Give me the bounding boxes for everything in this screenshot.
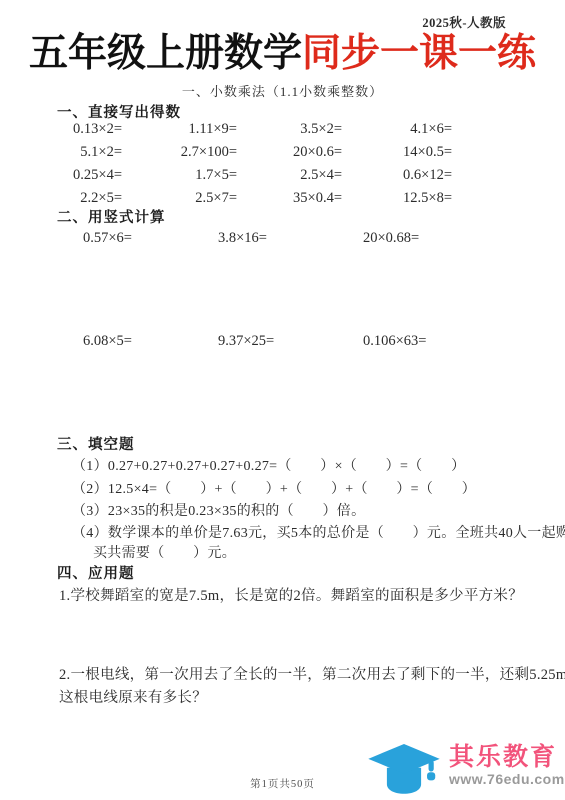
section2-heading: 二、用竖式计算 (57, 206, 166, 227)
math-problem: 12.5×8= (342, 187, 452, 210)
worksheet-page: 2025秋-人教版 五年级上册数学同步一课一练 一、小数乘法（1.1小数乘整数）… (0, 0, 565, 800)
word-problem-2: 2.一根电线，第一次用去了全长的一半，第二次用去了剩下的一半，还剩5.25m。 (59, 663, 565, 684)
title-black-part: 五年级上册数学 (29, 32, 302, 75)
math-problem: 20×0.68= (363, 229, 543, 247)
math-problem: 0.13×2= (0, 118, 122, 141)
math-problem: 0.25×4= (0, 164, 122, 187)
column-calculation-row-1: 0.57×6= 3.8×16= 20×0.68= (83, 229, 543, 247)
math-problem: 0.57×6= (83, 229, 218, 247)
math-problem: 0.6×12= (342, 164, 452, 187)
math-problem: 4.1×6= (342, 118, 452, 141)
fill-blank-item: （2）12.5×4=（ ）+（ ）+（ ）+（ ）=（ ） (72, 478, 476, 498)
fill-blank-item: （4）数学课本的单价是7.63元，买5本的总价是（ ）元。全班共40人一起购 (72, 522, 565, 542)
logo-brand-name: 其乐教育 (449, 745, 565, 770)
math-problem: 1.7×5= (122, 164, 237, 187)
oral-calculation-grid: 0.13×2= 1.11×9= 3.5×2= 4.1×6= 5.1×2= 2.7… (0, 118, 452, 210)
lesson-subtitle: 一、小数乘法（1.1小数乘整数） (0, 81, 565, 100)
title-red-part: 同步一课一练 (302, 32, 536, 75)
math-problem: 2.7×100= (122, 141, 237, 164)
fill-blank-item: （1）0.27+0.27+0.27+0.27+0.27=（ ）×（ ）=（ ） (72, 455, 465, 475)
math-problem: 3.8×16= (218, 229, 363, 247)
edition-label: 2025秋-人教版 (422, 13, 506, 31)
section4-heading: 四、应用题 (57, 562, 135, 583)
word-problem-1: 1.学校舞蹈室的宽是7.5m，长是宽的2倍。舞蹈室的面积是多少平方米？ (59, 584, 523, 605)
fill-blank-item-continuation: 买共需要（ ）元。 (93, 542, 236, 562)
fill-blank-item: （3）23×35的积是0.23×35的积的（ ）倍。 (72, 500, 365, 520)
math-problem: 1.11×9= (122, 118, 237, 141)
word-problem-2-continuation: 这根电线原来有多长？ (59, 686, 207, 707)
math-problem: 3.5×2= (237, 118, 342, 141)
math-problem: 35×0.4= (237, 187, 342, 210)
math-problem: 14×0.5= (342, 141, 452, 164)
math-problem: 20×0.6= (237, 141, 342, 164)
math-problem: 5.1×2= (0, 141, 122, 164)
section3-heading: 三、填空题 (57, 433, 135, 454)
page-title: 五年级上册数学同步一课一练 (0, 31, 565, 78)
column-calculation-row-2: 6.08×5= 9.37×25= 0.106×63= (83, 332, 543, 350)
math-problem: 9.37×25= (218, 332, 363, 350)
math-problem: 2.5×4= (237, 164, 342, 187)
page-number: 第1页共50页 (0, 776, 565, 791)
math-problem: 6.08×5= (83, 332, 218, 350)
math-problem: 0.106×63= (363, 332, 543, 350)
